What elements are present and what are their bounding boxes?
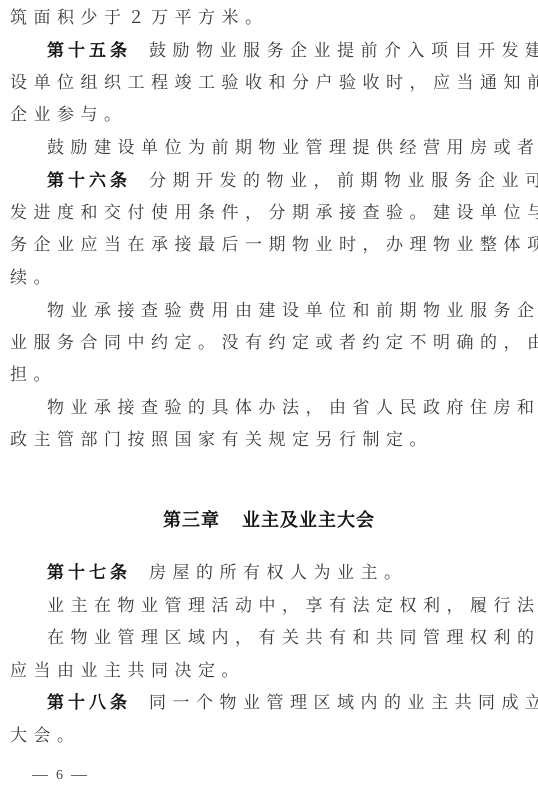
chapter-heading: 第三章业主及业主大会 [0,508,538,534]
article-18-label: 第十八条 [47,693,131,713]
paragraph-line: 业主在物业管理活动中，享有法定权利，履行法定义务。 [47,594,538,618]
text-line: 续。 [10,266,530,290]
article-18-line: 第十八条同一个物业管理区域内的业主共同成立一个业主 [47,691,538,715]
text-line: 企业参与。 [10,103,530,127]
paragraph-line: 鼓励建设单位为前期物业管理提供经营用房或者资金支持。 [47,136,538,160]
text-line: 设单位组织工程竣工验收和分户验收时，应当通知前期物业服务 [10,71,530,95]
chapter-number: 第三章 [163,510,220,531]
article-16-label: 第十六条 [47,171,131,191]
text-line: 务企业应当在承接最后一期物业时，办理物业整体项目交接手 [10,233,530,257]
paragraph-line: 物业承接查验费用由建设单位和前期物业服务企业在前期物 [47,299,538,323]
text-line: 担。 [10,363,530,387]
article-18-text: 同一个物业管理区域内的业主共同成立一个业主 [149,693,538,713]
page-footer: 6 [24,768,95,784]
article-16-line: 第十六条分期开发的物业，前期物业服务企业可以根据开 [47,169,538,193]
chapter-title: 业主及业主大会 [242,510,375,531]
article-17-text: 房屋的所有权人为业主。 [149,563,408,583]
article-15-label: 第十五条 [47,41,131,61]
article-15-line: 第十五条鼓励物业服务企业提前介入项目开发建设。建 [47,39,538,63]
text-line: 筑面积少于２万平方米。 [10,6,530,30]
text-line: 发进度和交付使用条件，分期承接查验。建设单位与前期物业服 [10,201,530,225]
text-line: 业服务合同中约定。没有约定或者约定不明确的，由建设单位承 [10,331,530,355]
text-line: 应当由业主共同决定。 [10,659,530,683]
article-16-text: 分期开发的物业，前期物业服务企业可以根据开 [149,171,538,191]
text-line: 政主管部门按照国家有关规定另行制定。 [10,428,530,452]
article-17-label: 第十七条 [47,563,131,583]
paragraph-line: 在物业管理区域内，有关共有和共同管理权利的重大事项， [47,626,538,650]
article-15-text: 鼓励物业服务企业提前介入项目开发建设。建 [149,41,538,61]
page-number: 6 [56,768,63,783]
paragraph-line: 物业承接查验的具体办法，由省人民政府住房和城乡建设行 [47,396,538,420]
dash-left [32,775,48,776]
dash-right [71,775,87,776]
article-17-line: 第十七条房屋的所有权人为业主。 [47,561,538,585]
text-line: 大会。 [10,724,530,748]
